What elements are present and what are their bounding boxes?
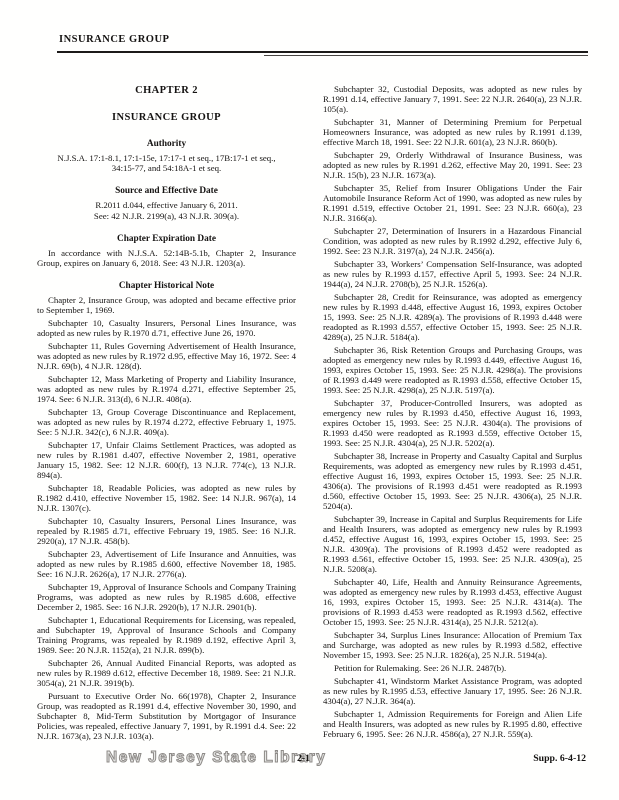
historical-paragraph: Subchapter 12, Mass Marketing of Propert…: [37, 374, 296, 404]
document-page: INSURANCE GROUP CHAPTER 2 INSURANCE GROU…: [0, 0, 619, 800]
authority-line: N.J.S.A. 17:1-8.1, 17:1-15e, 17:17-1 et …: [37, 153, 296, 163]
authority-citation: N.J.S.A. 17:1-8.1, 17:1-15e, 17:17-1 et …: [37, 153, 296, 173]
historical-paragraph: Subchapter 19, Approval of Insurance Sch…: [37, 582, 296, 612]
historical-paragraph: Subchapter 28, Credit for Reinsurance, w…: [323, 292, 582, 342]
chapter-title-heading: INSURANCE GROUP: [37, 113, 296, 123]
right-column: Subchapter 32, Custodial Deposits, was a…: [323, 84, 582, 739]
historical-paragraph: Pursuant to Executive Order No. 66(1978)…: [37, 691, 296, 741]
historical-paragraph: Subchapter 27, Determination of Insurers…: [323, 226, 582, 256]
historical-paragraph: Subchapter 29, Orderly Withdrawal of Ins…: [323, 150, 582, 180]
running-header-title: INSURANCE GROUP: [59, 34, 169, 45]
left-column: CHAPTER 2 INSURANCE GROUP Authority N.J.…: [37, 80, 296, 741]
historical-paragraph: Subchapter 18, Readable Policies, was ad…: [37, 483, 296, 513]
header-rule: [57, 51, 588, 53]
chapter-expiration-paragraph: In accordance with N.J.S.A. 52:14B-5.1b,…: [37, 248, 296, 268]
historical-paragraph: Subchapter 10, Casualty Insurers, Person…: [37, 318, 296, 338]
historical-paragraph: Subchapter 1, Admission Requirements for…: [323, 709, 582, 739]
historical-paragraph: Subchapter 13, Group Coverage Discontinu…: [37, 407, 296, 437]
historical-paragraph: Subchapter 34, Surplus Lines Insurance: …: [323, 630, 582, 660]
historical-paragraph: Subchapter 33, Workers’ Compensation Sel…: [323, 259, 582, 289]
historical-paragraph: Subchapter 40, Life, Health and Annuity …: [323, 577, 582, 627]
historical-paragraph: Subchapter 10, Casualty Insurers, Person…: [37, 516, 296, 546]
historical-paragraph: Subchapter 23, Advertisement of Life Ins…: [37, 549, 296, 579]
chapter-number-heading: CHAPTER 2: [37, 86, 296, 96]
historical-paragraph: Subchapter 32, Custodial Deposits, was a…: [323, 84, 582, 114]
source-line: R.2011 d.044, effective January 6, 2011.: [37, 200, 296, 210]
historical-paragraph: Subchapter 31, Manner of Determining Pre…: [323, 117, 582, 147]
library-stamp: New Jersey State Library: [106, 749, 326, 767]
historical-paragraph: Chapter 2, Insurance Group, was adopted …: [37, 295, 296, 315]
historical-paragraph: Subchapter 17, Unfair Claims Settlement …: [37, 440, 296, 480]
authority-line: 34:15-77, and 54:18A-1 et seq.: [37, 163, 296, 173]
historical-paragraph: Subchapter 11, Rules Governing Advertise…: [37, 341, 296, 371]
historical-paragraph: Subchapter 35, Relief from Insurer Oblig…: [323, 183, 582, 223]
supplement-date: Supp. 6-4-12: [533, 753, 586, 764]
historical-paragraph: Subchapter 1, Educational Requirements f…: [37, 615, 296, 655]
historical-paragraph: Subchapter 38, Increase in Property and …: [323, 451, 582, 511]
historical-paragraph: Subchapter 41, Windstorm Market Assistan…: [323, 676, 582, 706]
source-effective-date-text: R.2011 d.044, effective January 6, 2011.…: [37, 200, 296, 220]
historical-paragraph: Subchapter 26, Annual Audited Financial …: [37, 658, 296, 688]
historical-note-paragraphs: Chapter 2, Insurance Group, was adopted …: [37, 295, 296, 741]
source-line: See: 42 N.J.R. 2199(a), 43 N.J.R. 309(a)…: [37, 211, 296, 221]
chapter-expiration-heading: Chapter Expiration Date: [37, 234, 296, 244]
historical-paragraph: Subchapter 37, Producer-Controlled Insur…: [323, 398, 582, 448]
source-effective-date-heading: Source and Effective Date: [37, 186, 296, 196]
chapter-historical-note-heading: Chapter Historical Note: [37, 281, 296, 291]
historical-note-paragraphs-continued: Subchapter 32, Custodial Deposits, was a…: [323, 84, 582, 739]
historical-paragraph: Subchapter 39, Increase in Capital and S…: [323, 514, 582, 574]
authority-heading: Authority: [37, 139, 296, 149]
page-number: 2-1: [297, 753, 310, 764]
historical-paragraph: Subchapter 36, Risk Retention Groups and…: [323, 345, 582, 395]
header-rule-shadow: [264, 55, 588, 56]
historical-paragraph: Petition for Rulemaking. See: 26 N.J.R. …: [323, 663, 582, 673]
